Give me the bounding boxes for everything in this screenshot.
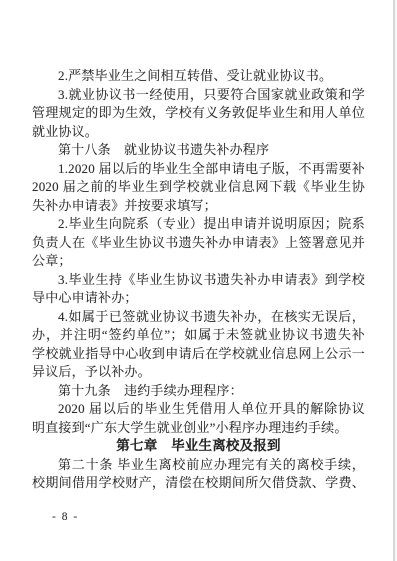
text-line: 学校就业指导中心收到申请后在学校就业信息网上公示一周无	[32, 345, 365, 364]
text-line: 明直接到“广东大学生就业创业”小程序办理违约手续。	[32, 419, 365, 438]
text-line: 2020 届以后的毕业生凭借用人单位开具的解除协议书面证	[32, 400, 365, 419]
text-line: 管理规定的即为生效，学校有义务敦促毕业生和用人单位履行	[32, 104, 365, 123]
text-line: 导中心申请补办；	[32, 289, 365, 308]
text-line: 2.毕业生向院系（专业）提出申请并说明原因；院系（专业）	[32, 215, 365, 234]
text-line: 负责人在《毕业生协议书遗失补办申请表》上签署意见并加盖	[32, 234, 365, 253]
page-number: - 8 -	[52, 511, 79, 523]
article-heading-line: 第二十条 毕业生离校前应办理完有关的离校手续，归还在	[32, 456, 365, 475]
text-line: 3.毕业生持《毕业生协议书遗失补办申请表》到学校就业指	[32, 271, 365, 290]
text-line: 4.如属于已签就业协议书遗失补办，在核实无误后，予以补	[32, 308, 365, 327]
text-line: 2.严禁毕业生之间相互转借、受让就业协议书。	[32, 67, 365, 86]
text-line: 2020 届之前的毕业生到学校就业信息网下载《毕业生协议书遗	[32, 178, 365, 197]
document-text-block: 2.严禁毕业生之间相互转借、受让就业协议书。 3.就业协议书一经使用，只要符合国…	[32, 67, 365, 493]
text-line: 3.就业协议书一经使用，只要符合国家就业政策和学校就业	[32, 86, 365, 105]
text-line: 异议后，予以补办。	[32, 363, 365, 382]
text-line: 公章；	[32, 252, 365, 271]
text-line: 失补办申请表》并按要求填写；	[32, 197, 365, 216]
text-line: 校期间借用学校财产，清偿在校期间所欠借贷款、学费、住宿	[32, 474, 365, 493]
text-line: 1.2020 届以后的毕业生全部申请电子版，不再需要补办。	[32, 160, 365, 179]
document-page: 2.严禁毕业生之间相互转借、受让就业协议书。 3.就业协议书一经使用，只要符合国…	[0, 0, 397, 561]
article-heading-line: 第十九条 违约手续办理程序：	[32, 382, 365, 401]
chapter-heading: 第七章 毕业生离校及报到	[32, 437, 365, 456]
article-heading-line: 第十八条 就业协议书遗失补办程序	[32, 141, 365, 160]
text-line: 就业协议。	[32, 123, 365, 142]
text-line: 办，并注明“签约单位”；如属于未签就业协议书遗失补办，	[32, 326, 365, 345]
